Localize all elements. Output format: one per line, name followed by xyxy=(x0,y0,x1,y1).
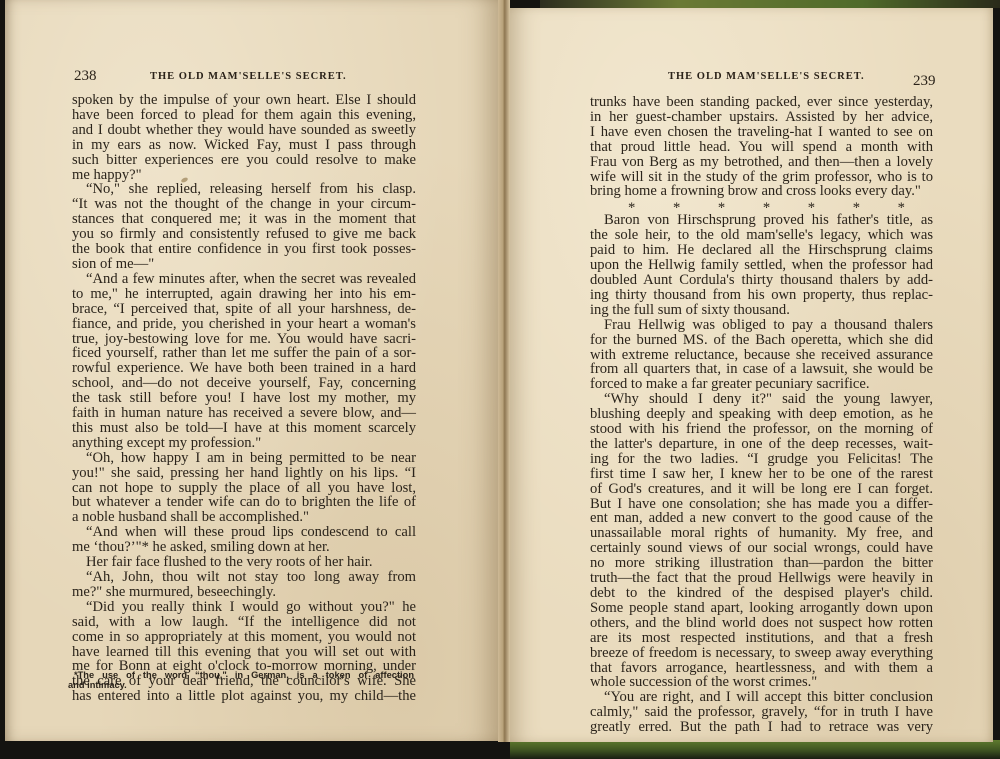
asterisk: * xyxy=(808,199,815,213)
text-line: ficed yourself, rather than let me suffe… xyxy=(72,346,416,361)
text-line: from all quarters that, in case of a law… xyxy=(590,362,933,377)
text-line: first time I saw her, I knew her to be o… xyxy=(590,467,933,482)
text-line: others, and the blind world does not sus… xyxy=(590,616,933,631)
text-line: the sole heir, to the old mam'selle's le… xyxy=(590,228,933,243)
asterisk: * xyxy=(718,199,725,213)
text-line: I have even chosen the traveling-hat I w… xyxy=(590,125,933,140)
text-line: of God's creatures, and it will be long … xyxy=(590,482,933,497)
text-line: fiance, and pride, you cherished in your… xyxy=(72,317,416,332)
text-line: Her fair face flushed to the very roots … xyxy=(72,555,416,570)
text-line: “It was not the thought of the change in… xyxy=(72,197,416,212)
text-line: this must also be told—I have at this mo… xyxy=(72,421,416,436)
text-line: breeze of freedom is necessary, to sweep… xyxy=(590,646,933,661)
text-line: me ‘thou?’"* he asked, smiling down at h… xyxy=(72,540,416,555)
text-line: “Did you really think I would go without… xyxy=(72,600,416,615)
footnote-line: and intimacy. xyxy=(68,680,414,690)
asterisk: * xyxy=(673,199,680,213)
text-line: whole succession of the worst crimes." xyxy=(590,675,933,690)
running-head-right: THE OLD MAM'SELLE'S SECRET. xyxy=(668,71,865,87)
text-line: “Ah, John, thou wilt not stay too long a… xyxy=(72,570,416,585)
text-line: to me," he interrupted, again drawing he… xyxy=(72,287,416,302)
text-line: a noble husband shall be accomplished." xyxy=(72,510,416,525)
text-line: blushing deeply and speaking with deep e… xyxy=(590,407,933,422)
text-line: “No," she replied, releasing herself fro… xyxy=(72,182,416,197)
text-line: anything except my profession." xyxy=(72,436,416,451)
section-break: ******* xyxy=(590,199,933,213)
text-line: have been forced to plead for them again… xyxy=(72,108,416,123)
text-line: and I doubt whether they would have soun… xyxy=(72,123,416,138)
text-line: certainly sound views of our social wron… xyxy=(590,541,933,556)
text-line: bring home a frowning brow and cross loo… xyxy=(590,184,933,199)
page-number-left: 238 xyxy=(74,68,97,85)
asterisk: * xyxy=(628,199,635,213)
text-line: paid to him. He declared all the Hirschs… xyxy=(590,243,933,258)
text-line: the latter's departure, in one of the de… xyxy=(590,437,933,452)
text-line: Frau Hellwig was obliged to pay a thousa… xyxy=(590,318,933,333)
page-number-right: 239 xyxy=(913,73,936,90)
text-line: me happy?" xyxy=(72,168,416,183)
text-line: with extreme reluctance, because she rec… xyxy=(590,348,933,363)
text-line: calmly," said the professor, gravely, “f… xyxy=(590,705,933,720)
text-line: me?" she murmured, beseechingly. xyxy=(72,585,416,600)
text-line: forced to make a far greater pecuniary s… xyxy=(590,377,933,392)
text-line: sion of me—" xyxy=(72,257,416,272)
text-line: greatly erred. But the path I had to ret… xyxy=(590,720,933,735)
text-line: “You are right, and I will accept this b… xyxy=(590,690,933,705)
text-line: such bitter experiences ere you could re… xyxy=(72,153,416,168)
text-line: have learned till this evening that you … xyxy=(72,645,416,660)
text-line: “Why should I deny it?" said the young l… xyxy=(590,392,933,407)
text-line: ing thirty thousand from his own propert… xyxy=(590,288,933,303)
text-line: no more striking illustration than—pardo… xyxy=(590,556,933,571)
text-line: ing the full sum of sixty thousand. xyxy=(590,303,933,318)
text-line: in my ears as now. Wicked Fay, must I pa… xyxy=(72,138,416,153)
text-line: true, joy-bestowing love for me. You wou… xyxy=(72,332,416,347)
text-line: “Oh, how happy I am in being permitted t… xyxy=(72,451,416,466)
text-line: that favors arrogance, heartlessness, an… xyxy=(590,661,933,676)
text-line: in her guest-chamber upstairs. Assisted … xyxy=(590,110,933,125)
text-line: can not hope to supply the place of all … xyxy=(72,481,416,496)
text-line: truth—the fact that the proud Hellwigs w… xyxy=(590,571,933,586)
text-line: stood with his friend the professor, on … xyxy=(590,422,933,437)
text-line: trunks have been standing packed, ever s… xyxy=(590,95,933,110)
book-cover-edge-bottom xyxy=(510,740,1000,759)
footnote: *The use of the word “thou," in German, … xyxy=(68,670,414,690)
running-head-left: THE OLD MAM'SELLE'S SECRET. xyxy=(150,71,347,87)
text-line: the task still before you! I have lost m… xyxy=(72,391,416,406)
text-line: But I have one consolation; she has made… xyxy=(590,497,933,512)
text-line: rowful experience. We have both been tra… xyxy=(72,361,416,376)
text-line: Frau von Berg as my betrothed, and then—… xyxy=(590,155,933,170)
footnote-line: *The use of the word “thou," in German, … xyxy=(68,670,414,680)
left-page-body: spoken by the impulse of your own heart.… xyxy=(72,93,416,704)
text-line: for the burned MS. of the Bach operetta,… xyxy=(590,333,933,348)
text-line: spoken by the impulse of your own heart.… xyxy=(72,93,416,108)
asterisk: * xyxy=(898,199,905,213)
text-line: stances that conquered me; it was in the… xyxy=(72,212,416,227)
text-line: the book that entire confidence in you f… xyxy=(72,242,416,257)
text-line: ing for the two ladies. “I grudge you Fe… xyxy=(590,452,933,467)
text-line: are its most respected institutions, and… xyxy=(590,631,933,646)
text-line: upon the Hellwig family settled, when th… xyxy=(590,258,933,273)
text-line: “And when will these proud lips condesce… xyxy=(72,525,416,540)
text-line: “And a few minutes after, when the secre… xyxy=(72,272,416,287)
text-line: wife will sit in the study of the grim p… xyxy=(590,170,933,185)
text-line: faith in human nature has received a sev… xyxy=(72,406,416,421)
book-gutter xyxy=(498,0,510,742)
text-line: unassailable moral rights of humanity. M… xyxy=(590,526,933,541)
text-line: you so firmly and consistently refused t… xyxy=(72,227,416,242)
text-line: that proud little head. You will spend a… xyxy=(590,140,933,155)
text-line: debt to the kindred of the despised play… xyxy=(590,586,933,601)
asterisk: * xyxy=(853,199,860,213)
text-line: you!" she said, pressing her hand lightl… xyxy=(72,466,416,481)
asterisk: * xyxy=(763,199,770,213)
right-page-body: trunks have been standing packed, ever s… xyxy=(590,95,933,735)
text-line: said, with a low laugh. “If the intellig… xyxy=(72,615,416,630)
book-cover-edge-top xyxy=(540,0,1000,8)
text-line: but whatever a tender wife can do to bri… xyxy=(72,495,416,510)
text-line: school, and—do not deceive yourself, Fay… xyxy=(72,376,416,391)
text-line: doubled Aunt Cordula's thirty thousand t… xyxy=(590,273,933,288)
text-line: ent man, added a new convert to the good… xyxy=(590,511,933,526)
text-line: has entered into a little plot against y… xyxy=(72,689,416,704)
text-line: Baron von Hirschsprung proved his father… xyxy=(590,213,933,228)
text-line: come in so appropriately at this moment,… xyxy=(72,630,416,645)
text-line: Some people stand apart, looking arrogan… xyxy=(590,601,933,616)
text-line: brace, “I perceived that, spite of all y… xyxy=(72,302,416,317)
